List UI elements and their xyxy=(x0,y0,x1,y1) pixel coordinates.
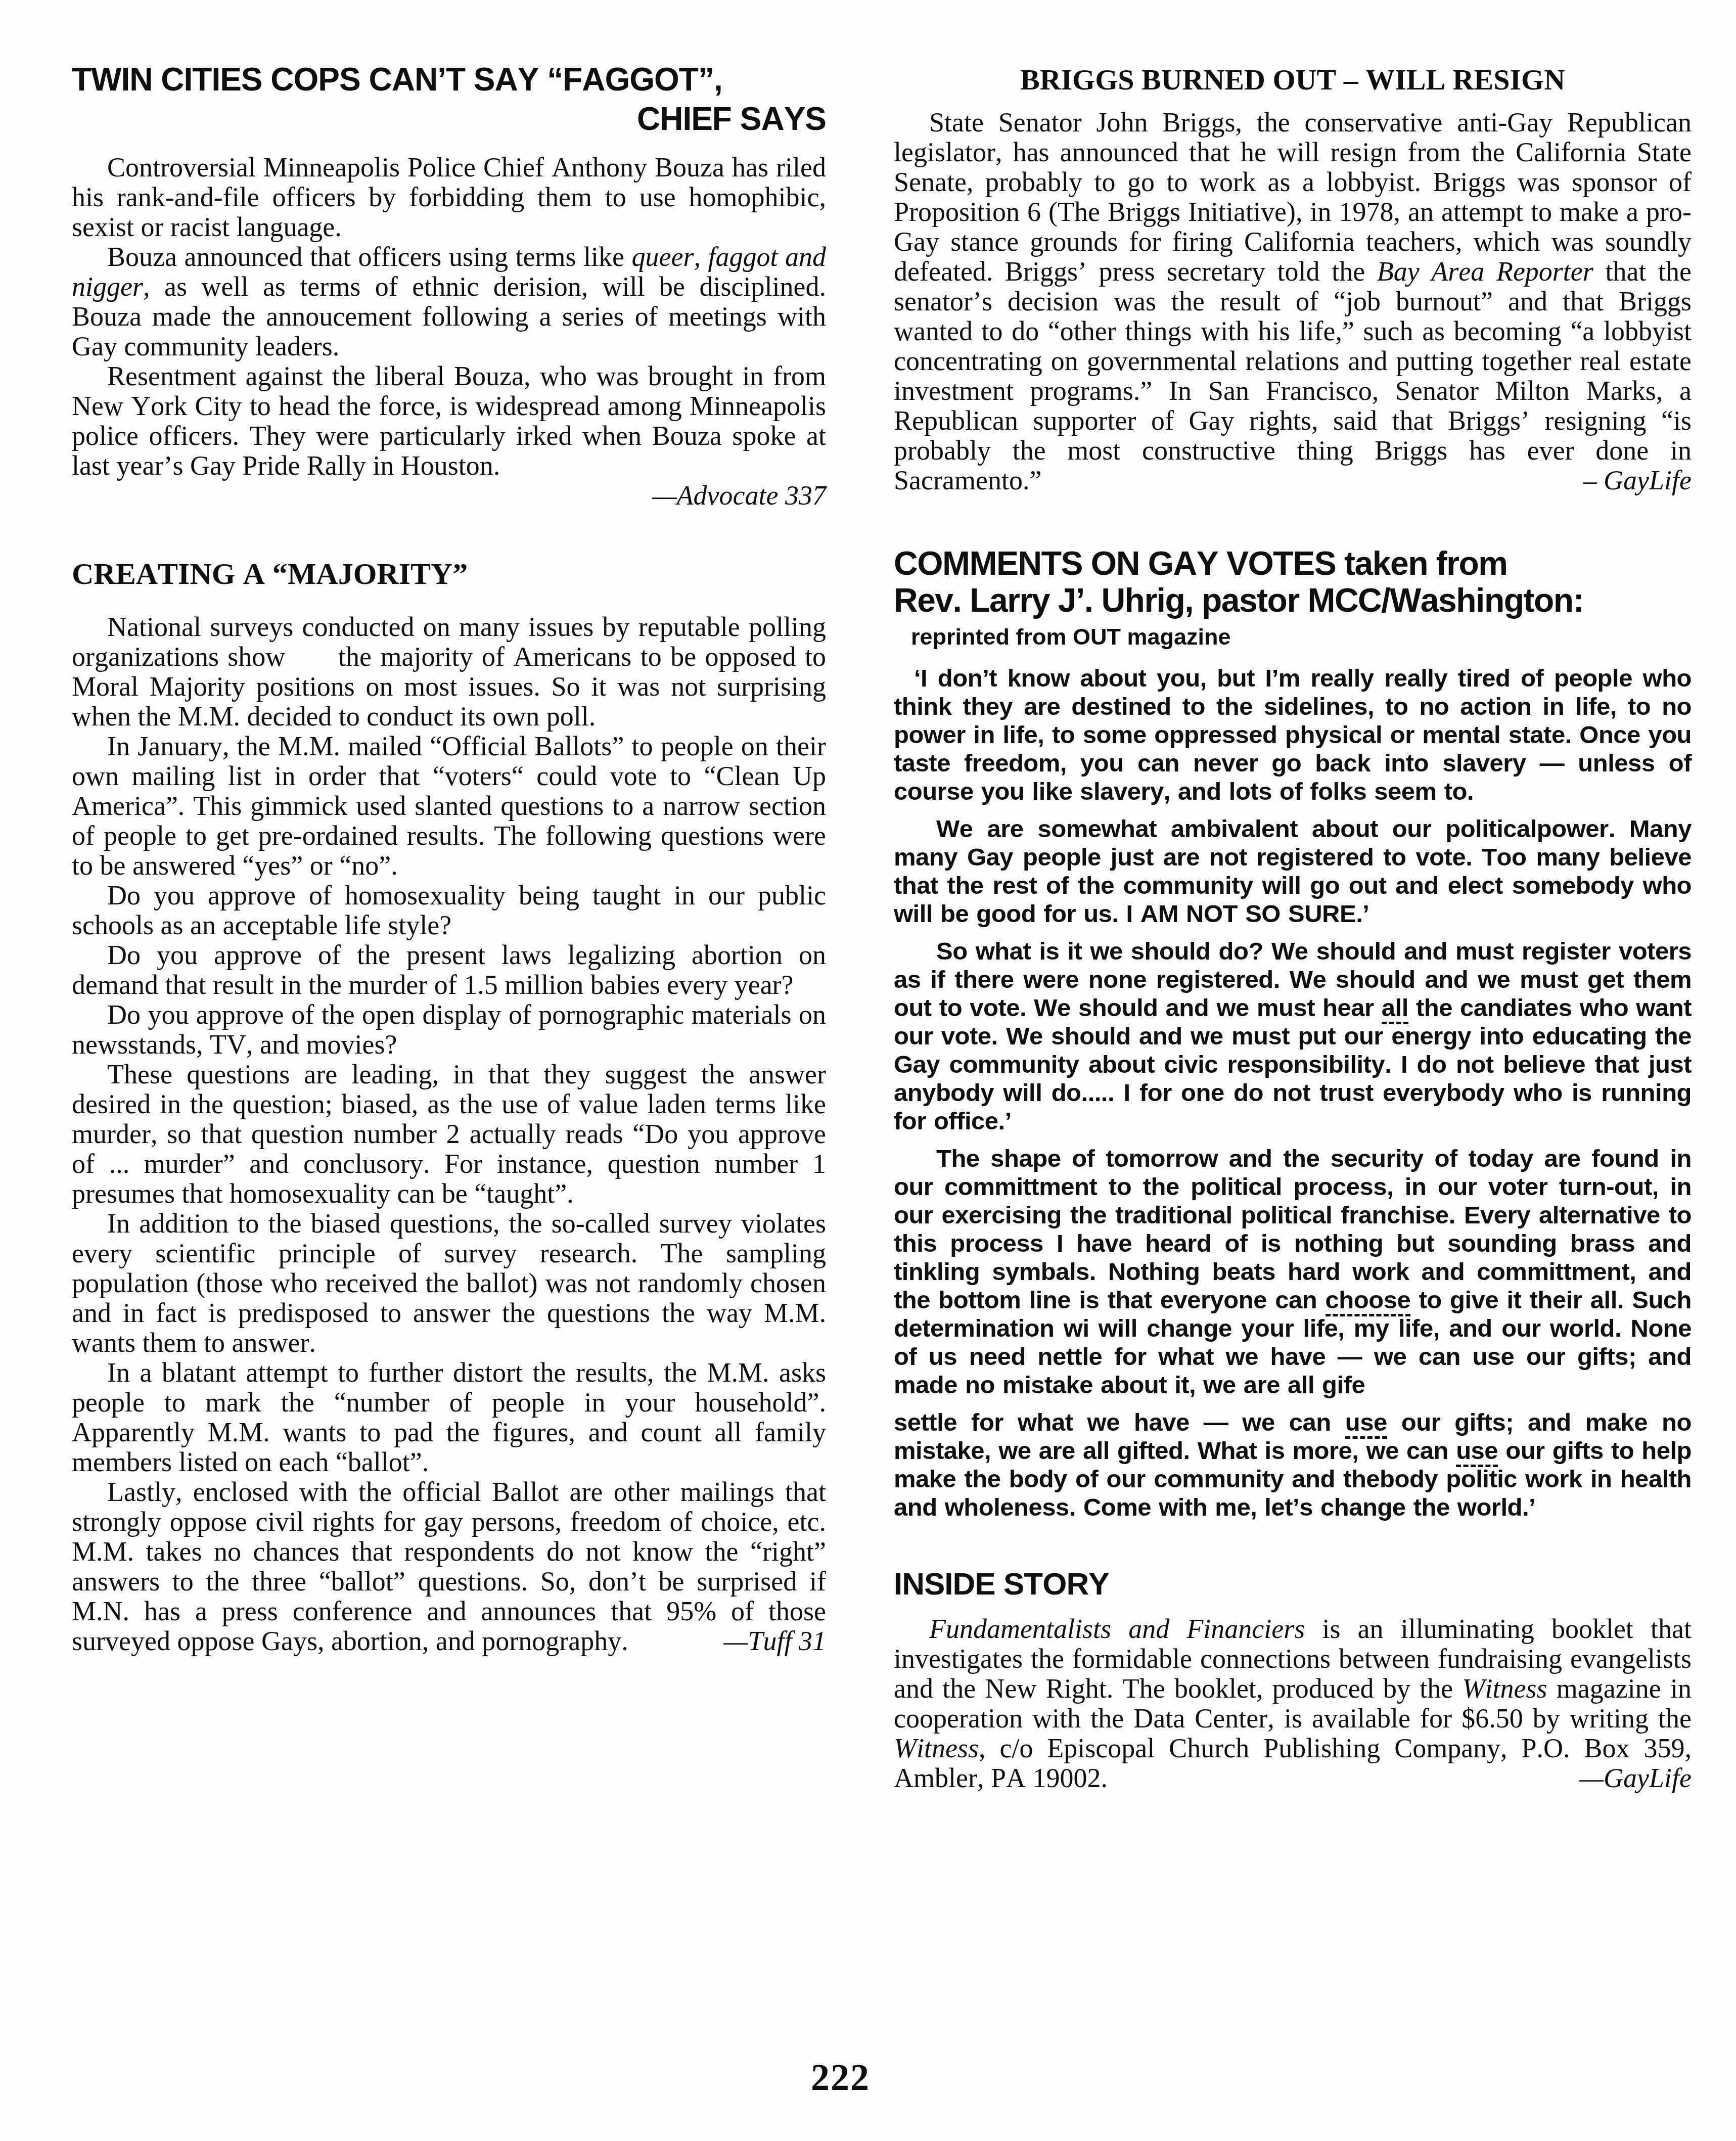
ballot-question-3: Do you approve of the open display of po… xyxy=(72,1000,826,1060)
headline-line-2: CHIEF SAYS xyxy=(72,99,826,139)
underlined-word: use xyxy=(1456,1437,1498,1467)
paragraph: In addition to the biased questions, the… xyxy=(72,1209,826,1358)
newsletter-page: TWIN CITIES COPS CAN’T SAY “FAGGOT”, CHI… xyxy=(0,0,1736,2141)
paragraph: We are somewhat ambivalent about our pol… xyxy=(894,815,1692,928)
right-column: BRIGGS BURNED OUT – WILL RESIGN State Se… xyxy=(894,65,1692,1793)
paragraph: Resentment against the liberal Bouza, wh… xyxy=(72,361,826,481)
twin-cities-headline: TWIN CITIES COPS CAN’T SAY “FAGGOT”, CHI… xyxy=(72,60,826,139)
text-segment: Bouza announced that officers using term… xyxy=(107,242,631,272)
comments-heading: COMMENTS ON GAY VOTES taken from Rev. La… xyxy=(894,545,1692,619)
text-segment: as well as terms of ethnic derision, wil… xyxy=(72,271,826,361)
page-number: 222 xyxy=(811,2057,870,2100)
paragraph: Lastly, enclosed with the official Ballo… xyxy=(72,1477,826,1656)
left-column: TWIN CITIES COPS CAN’T SAY “FAGGOT”, CHI… xyxy=(72,60,826,1656)
paragraph: State Senator John Briggs, the conservat… xyxy=(894,108,1692,495)
headline-line-1: TWIN CITIES COPS CAN’T SAY “FAGGOT”, xyxy=(72,61,722,98)
source-attribution: —Tuff 31 xyxy=(688,1626,826,1656)
source-attribution: —Advocate 337 xyxy=(72,481,826,511)
paragraph: In a blatant attempt to further distort … xyxy=(72,1358,826,1477)
article-comments-on-gay-votes: COMMENTS ON GAY VOTES taken from Rev. La… xyxy=(894,545,1692,1522)
article-twin-cities: TWIN CITIES COPS CAN’T SAY “FAGGOT”, CHI… xyxy=(72,60,826,511)
creating-majority-heading: CREATING A “MAJORITY” xyxy=(72,559,826,589)
article-inside-story: INSIDE STORY Fundamentalists and Financi… xyxy=(894,1569,1692,1793)
underlined-word: use xyxy=(1345,1409,1387,1439)
paragraph: In January, the M.M. mailed “Official Ba… xyxy=(72,732,826,881)
comments-heading-line-2: Rev. Larry J’. Uhrig, pastor MCC/Washing… xyxy=(894,581,1583,619)
underlined-word: choose xyxy=(1326,1287,1411,1316)
paragraph: Bouza announced that officers using term… xyxy=(72,242,826,361)
paragraph: National surveys conducted on many issue… xyxy=(72,612,826,732)
paragraph: These questions are leading, in that the… xyxy=(72,1060,826,1209)
article-creating-a-majority: CREATING A “MAJORITY” National surveys c… xyxy=(72,559,826,1656)
ballot-question-1: Do you approve of homosexuality being ta… xyxy=(72,881,826,940)
reprint-credit: reprinted from OUT magazine xyxy=(911,624,1692,650)
ballot-question-2: Do you approve of the present laws legal… xyxy=(72,940,826,1000)
uhrig-quote-body: ‘I don’t know about you, but I’m really … xyxy=(894,664,1692,1522)
publication-name: Witness xyxy=(894,1733,979,1763)
text-segment: that the senator’s decision was the resu… xyxy=(894,256,1692,495)
source-attribution: – GayLife xyxy=(1548,466,1692,495)
comments-heading-line-1: COMMENTS ON GAY VOTES taken from xyxy=(894,544,1507,582)
inside-story-heading: INSIDE STORY xyxy=(894,1569,1692,1599)
source-attribution: —GayLife xyxy=(1544,1763,1692,1793)
briggs-heading: BRIGGS BURNED OUT – WILL RESIGN xyxy=(894,65,1692,95)
paragraph: ‘I don’t know about you, but I’m really … xyxy=(894,664,1692,806)
paragraph: settle for what we have — we can use our… xyxy=(894,1408,1692,1522)
paragraph: Fundamentalists and Financiers is an ill… xyxy=(894,1614,1692,1793)
publication-name: Bay Area Reporter xyxy=(1377,256,1593,287)
text-segment: settle for what we have — we can xyxy=(894,1409,1345,1436)
paragraph: Controversial Minneapolis Police Chief A… xyxy=(72,153,826,242)
booklet-title: Fundamentalists and Financiers xyxy=(929,1614,1305,1644)
paragraph: So what is it we should do? We should an… xyxy=(894,937,1692,1135)
publication-name: Witness xyxy=(1463,1673,1547,1704)
article-briggs: BRIGGS BURNED OUT – WILL RESIGN State Se… xyxy=(894,65,1692,495)
underlined-word: all xyxy=(1382,994,1408,1024)
paragraph: The shape of tomorrow and the security o… xyxy=(894,1145,1692,1399)
